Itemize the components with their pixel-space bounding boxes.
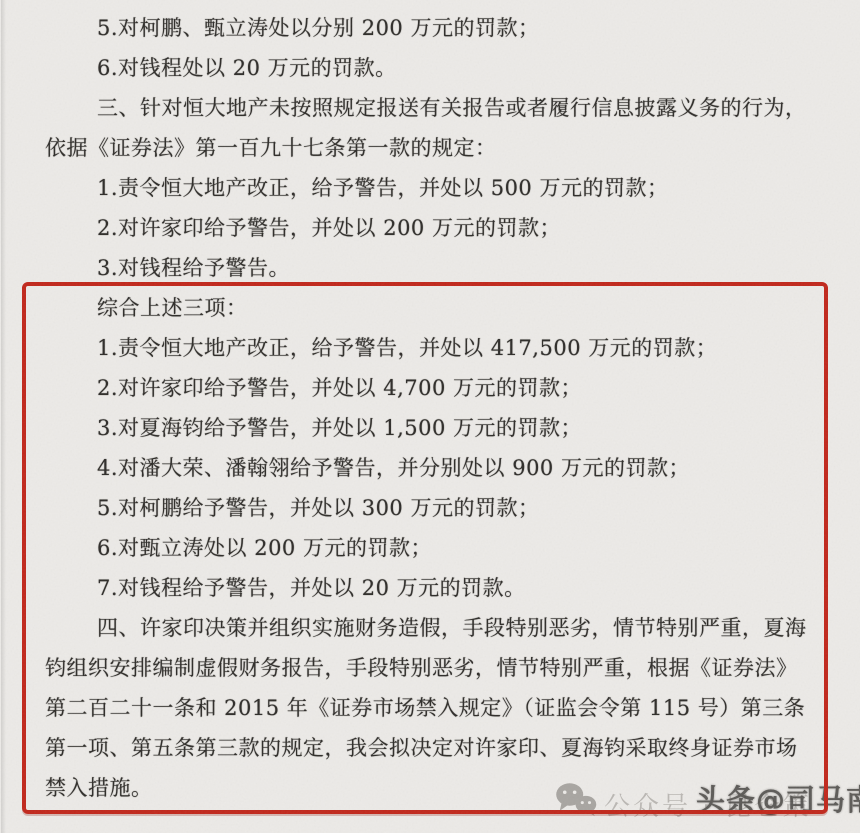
text-line: 依据《证券法》第一百九十七条第一款的规定：: [45, 128, 860, 168]
text-line: 四、许家印决策并组织实施财务造假，手段特别恶劣，情节特别严重，夏海: [45, 608, 860, 648]
text-line: 4.对潘大荣、潘翰翎给予警告，并分别处以 900 万元的罚款；: [45, 448, 860, 488]
text-line: 5.对柯鹏给予警告，并处以 300 万元的罚款；: [45, 488, 860, 528]
text-line: 2.对许家印给予警告，并处以 200 万元的罚款；: [45, 208, 860, 248]
text-line: 1.责令恒大地产改正，给予警告，并处以 417,500 万元的罚款；: [45, 328, 860, 368]
text-line: 7.对钱程给予警告，并处以 20 万元的罚款。: [45, 568, 860, 608]
text-line: 2.对许家印给予警告，并处以 4,700 万元的罚款；: [45, 368, 860, 408]
text-line: 3.对夏海钧给予警告，并处以 1,500 万元的罚款；: [45, 408, 860, 448]
text-line: 钧组织安排编制虚假财务报告，手段特别恶劣，情节特别严重，根据《证券法》: [45, 648, 860, 688]
text-line: 1.责令恒大地产改正，给予警告，并处以 500 万元的罚款；: [45, 168, 860, 208]
text-line: 禁入措施。: [45, 768, 860, 808]
page-background: 5.对柯鹏、甄立涛处以分别 200 万元的罚款；6.对钱程处以 20 万元的罚款…: [0, 0, 860, 833]
text-line: 3.对钱程给予警告。: [45, 248, 860, 288]
text-line: 第二百二十一条和 2015 年《证券市场禁入规定》（证监会令第 115 号）第三…: [45, 688, 860, 728]
text-line: 三、针对恒大地产未按照规定报送有关报告或者履行信息披露义务的行为，: [45, 88, 860, 128]
document-text: 5.对柯鹏、甄立涛处以分别 200 万元的罚款；6.对钱程处以 20 万元的罚款…: [45, 8, 860, 808]
text-line: 6.对甄立涛处以 200 万元的罚款；: [45, 528, 860, 568]
text-line: 5.对柯鹏、甄立涛处以分别 200 万元的罚款；: [45, 8, 860, 48]
text-line: 第一项、第五条第三款的规定，我会拟决定对许家印、夏海钧采取终身证券市场: [45, 728, 860, 768]
text-line: 综合上述三项：: [45, 288, 860, 328]
text-line: 6.对钱程处以 20 万元的罚款。: [45, 48, 860, 88]
